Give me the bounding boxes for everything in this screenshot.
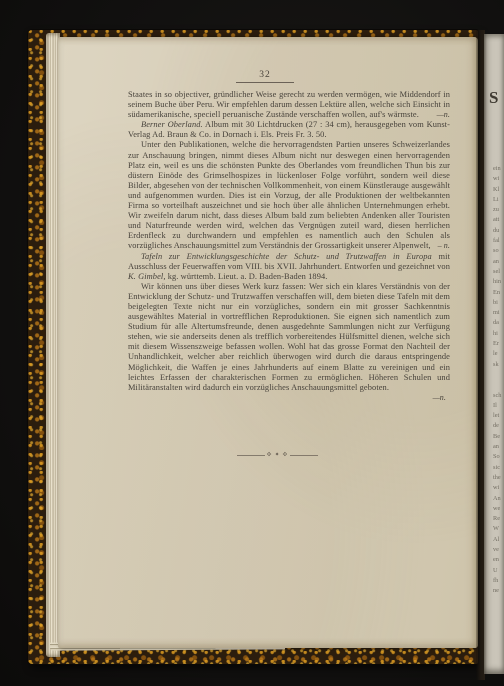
- author-name: K. Gimbel,: [128, 272, 166, 281]
- paragraph-tafeln-heading: Tafeln zur Entwicklungsgeschichte der Sc…: [128, 252, 450, 282]
- paragraph-berner-oberland-heading: Berner Oberland. Album mit 30 Lichtdruck…: [128, 120, 450, 140]
- title-berner-oberland: Berner Oberland.: [141, 120, 203, 129]
- book-photo: 32 Staates in so objectiver, gründlicher…: [0, 0, 504, 686]
- ornament-rule-right: [290, 455, 318, 456]
- paragraph-berner-oberland-review: Unter den Publikationen, welche die herv…: [128, 140, 450, 251]
- book-page: 32 Staates in so objectiver, gründlicher…: [58, 37, 478, 648]
- paragraph-text: Wir können uns über dieses Werk kurz fas…: [128, 282, 450, 392]
- page-number: 32: [236, 70, 294, 83]
- ornament-glyphs: ✣ ✦ ✣: [265, 452, 291, 458]
- page-text-block: Staates in so objectiver, gründlicher We…: [128, 90, 450, 403]
- reviewer-signature: —n.: [437, 110, 450, 120]
- facing-page-text-fragments: ein wi Kl Li zu att du fal so an sel hin…: [493, 164, 501, 596]
- reviewer-signature: —n.: [128, 393, 450, 403]
- paragraph-text: Unter den Publikationen, welche die herv…: [128, 140, 450, 250]
- section-end-ornament: ✣ ✦ ✣: [237, 452, 318, 458]
- paragraph-peru-review-end: Staates in so objectiver, gründlicher We…: [128, 90, 450, 120]
- facing-page-heading-fragment: S: [489, 88, 498, 108]
- paragraph-text: kg. württemb. Lieut. a. D. Baden-Baden 1…: [166, 272, 328, 281]
- paragraph-text: Staates in so objectiver, gründlicher We…: [128, 90, 450, 119]
- title-tafeln: Tafeln zur Entwicklungsgeschichte der Sc…: [141, 252, 432, 261]
- reviewer-signature: – n.: [425, 241, 450, 251]
- facing-page-edge: S ein wi Kl Li zu att du fal so an sel h…: [484, 34, 504, 674]
- ornament-rule-left: [237, 455, 265, 456]
- paragraph-tafeln-review: Wir können uns über dieses Werk kurz fas…: [128, 282, 450, 393]
